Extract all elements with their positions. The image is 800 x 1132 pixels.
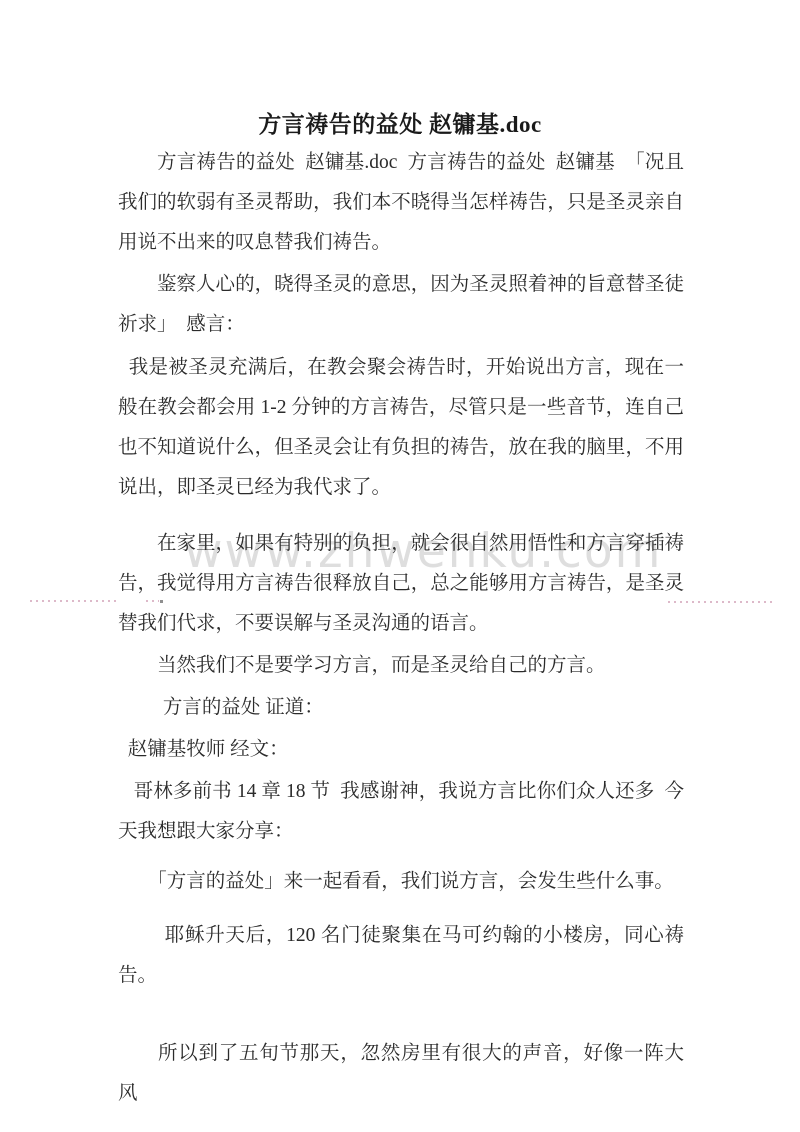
paragraph: 鉴察人心的，晓得圣灵的意思，因为圣灵照着神的旨意替圣徒祈求」 感言： xyxy=(118,265,684,345)
paragraph: 耶稣升天后，120 名门徒聚集在马可约翰的小楼房，同心祷告。 xyxy=(118,916,684,996)
paragraph: 方言祷告的益处 赵镛基.doc 方言祷告的益处 赵镛基 「况且我们的软弱有圣灵帮… xyxy=(118,143,684,263)
paragraph: 赵镛基牧师 经文： xyxy=(118,730,684,770)
page-break-dotted-line-left xyxy=(30,600,120,602)
paragraph: 哥林多前书 14 章 18 节 我感谢神，我说方言比你们众人还多 今天我想跟大家… xyxy=(118,772,684,852)
paragraph: 在家里，如果有特别的负担，就会很自然用悟性和方言穿插祷告，我觉得用方言祷告很释放… xyxy=(118,524,684,644)
paragraph: 我是被圣灵充满后，在教会聚会祷告时，开始说出方言，现在一般在教会都会用 1-2 … xyxy=(118,348,684,508)
paragraph: 所以到了五旬节那天，忽然房里有很大的声音，好像一阵大风 xyxy=(118,1034,684,1114)
document-title: 方言祷告的益处 赵镛基.doc xyxy=(0,106,800,139)
paragraph: 「方言的益处」来一起看看，我们说方言，会发生些什么事。 xyxy=(118,862,684,902)
document-page: www.zhwenku.com 方言祷告的益处 赵镛基.doc 方言祷告的益处 … xyxy=(0,0,800,1132)
paragraph: 当然我们不是要学习方言，而是圣灵给自己的方言。 xyxy=(118,646,684,686)
paragraph: 方言的益处 证道： xyxy=(118,688,684,728)
document-body: 方言祷告的益处 赵镛基.doc 方言祷告的益处 赵镛基 「况且我们的软弱有圣灵帮… xyxy=(118,143,684,1114)
